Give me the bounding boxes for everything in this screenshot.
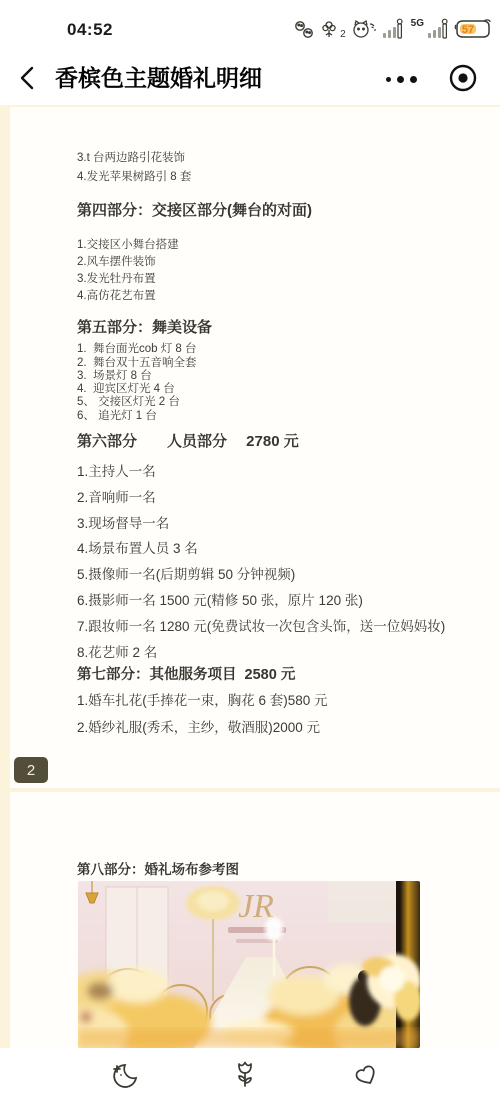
doc-line: 4.场景布置人员 3 名 <box>77 537 198 557</box>
doc-line: 8.花艺师 2 名 <box>77 641 157 661</box>
doc-line: 3.t 台两边路引花装饰 <box>77 149 185 165</box>
doc-line: 2.婚纱礼服(秀禾，主纱，敬酒服)2000 元 <box>77 716 320 736</box>
section6-heading: 第六部分 人员部分 2780 元 <box>77 430 299 451</box>
cat-wifi-icon <box>351 18 377 40</box>
doc-line: 3.发光牡丹布置 <box>77 270 156 286</box>
page-title: 香槟色主题婚礼明细 <box>55 60 262 93</box>
battery-percent: 57 <box>462 24 474 36</box>
status-icons: 2 5G <box>293 18 492 40</box>
doc-line: 4.高仿花艺布置 <box>77 287 156 303</box>
doc-line: 4.发光苹果树路引 8 套 <box>77 168 191 184</box>
heart-icon[interactable] <box>349 1058 383 1092</box>
signal-bars-2-icon <box>427 18 449 40</box>
section8-heading: 第八部分：婚礼场布参考图 <box>77 858 239 878</box>
miniapp-close-icon[interactable] <box>448 63 478 98</box>
flower-icon <box>320 20 338 40</box>
nav-bar: 香槟色主题婚礼明细 <box>0 52 500 105</box>
doc-line: 6.摄影师一名 1500 元(精修 50 张，原片 120 张) <box>77 589 363 609</box>
more-options-button[interactable] <box>386 76 417 83</box>
status-time: 04:52 <box>67 20 113 40</box>
back-button[interactable] <box>16 65 38 91</box>
doc-line: 7.跟妆师一名 1280 元(免费试妆一次包含头饰，送一位妈妈妆) <box>77 615 445 635</box>
doc-line: 5.摄像师一名(后期剪辑 50 分钟视频) <box>77 563 295 583</box>
status-bar: 04:52 2 <box>0 0 500 52</box>
doc-line: 1.婚车扎花(手捧花一束，胸花 6 套)580 元 <box>77 689 328 709</box>
wedding-venue-photo[interactable]: JR <box>78 881 420 1048</box>
section4-heading: 第四部分：交接区部分(舞台的对面) <box>77 199 312 220</box>
doc-line: 1.交接区小舞台搭建 <box>77 236 179 252</box>
doc-line: 3.现场督导一名 <box>77 512 169 532</box>
doc-line: 6、 追光灯 1 台 <box>77 407 157 423</box>
signal-bars-icon <box>382 18 404 40</box>
section5-heading: 第五部分：舞美设备 <box>77 316 212 337</box>
paw-icon <box>293 20 315 40</box>
doc-line: 2.风车摆件装饰 <box>77 253 156 269</box>
doc-line: 2.音响师一名 <box>77 486 156 506</box>
battery-icon: 57 <box>454 18 492 40</box>
tulip-icon[interactable] <box>228 1058 262 1092</box>
app-screen: 04:52 2 <box>0 0 500 1097</box>
network-label: 5G <box>411 18 424 29</box>
moon-sparkle-icon[interactable] <box>108 1058 142 1092</box>
flower-count: 2 <box>340 29 346 40</box>
doc-line: 1.主持人一名 <box>77 460 156 480</box>
section7-heading: 第七部分：其他服务项目 2580 元 <box>77 663 295 684</box>
page-number-badge: 2 <box>14 757 48 783</box>
